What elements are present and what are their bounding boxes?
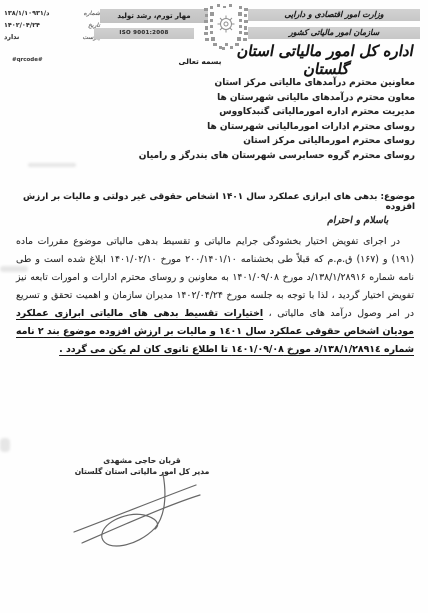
letter-date-value: ۱۴۰۲/۰۴/۲۴ <box>4 21 76 29</box>
recipient-line: معاونین محترم درآمدهای مالیاتی مرکز استا… <box>40 76 415 91</box>
office-title: اداره کل امور مالیاتی استان گلستان <box>229 42 422 78</box>
letter-meta-block: شماره د/۱۳۸/۱/۱۰۹۳۱ تاریخ ۱۴۰۲/۰۴/۲۴ پیو… <box>4 7 100 43</box>
scanned-letter-page: شماره د/۱۳۸/۱/۱۰۹۳۱ تاریخ ۱۴۰۲/۰۴/۲۴ پیو… <box>0 0 428 613</box>
recipients-list: معاونین محترم درآمدهای مالیاتی مرکز استا… <box>40 76 415 164</box>
recipient-line: روسای محترم گروه حسابرسی شهرستان های بند… <box>40 149 415 164</box>
qrcode-placeholder-text: #qrcode# <box>12 57 43 63</box>
body-intro-text: در اجرای تفویض اختیار بخشودگی جرایم مالی… <box>16 236 414 319</box>
letter-number-label: شماره <box>76 10 100 17</box>
body-paragraph: در اجرای تفویض اختیار بخشودگی جرایم مالی… <box>16 233 414 359</box>
organization-name: سازمان امور مالیاتی کشور <box>248 28 420 37</box>
recipient-line: معاون محترم درآمدهای مالیاتی شهرستان ها <box>40 91 415 106</box>
subject-line: موضوع: بدهی های ابرازی عملکرد سال ۱۴۰۱ ا… <box>10 192 415 212</box>
handwritten-signature-icon <box>66 460 208 552</box>
letter-number-value: د/۱۳۸/۱/۱۰۹۳۱ <box>4 9 76 17</box>
letter-number-row: شماره د/۱۳۸/۱/۱۰۹۳۱ <box>4 7 100 19</box>
ministry-name: وزارت امور اقتصادی و دارایی <box>248 10 420 19</box>
letter-attachment-row: پیوست ندارد <box>4 31 100 43</box>
scan-smudge <box>28 163 76 167</box>
recipient-line: مدیریت محترم اداره امورمالیاتی گنبدکاووس <box>40 105 415 120</box>
year-slogan-banner: مهار تورم، رشد تولید <box>100 9 208 23</box>
letter-attachment-value: ندارد <box>4 33 76 41</box>
salutation-text: باسلام و احترام <box>326 215 388 226</box>
scan-smudge <box>0 438 10 452</box>
recipient-line: روسای محترم امورمالیاتی مرکز استان <box>40 134 415 149</box>
iso-certification-banner: ISO 9001:2008 <box>94 28 194 39</box>
recipient-line: روسای محترم ادارات امورمالیاتی شهرستان ه… <box>40 120 415 135</box>
scan-smudge <box>0 266 28 272</box>
letter-date-row: تاریخ ۱۴۰۲/۰۴/۲۴ <box>4 19 100 31</box>
